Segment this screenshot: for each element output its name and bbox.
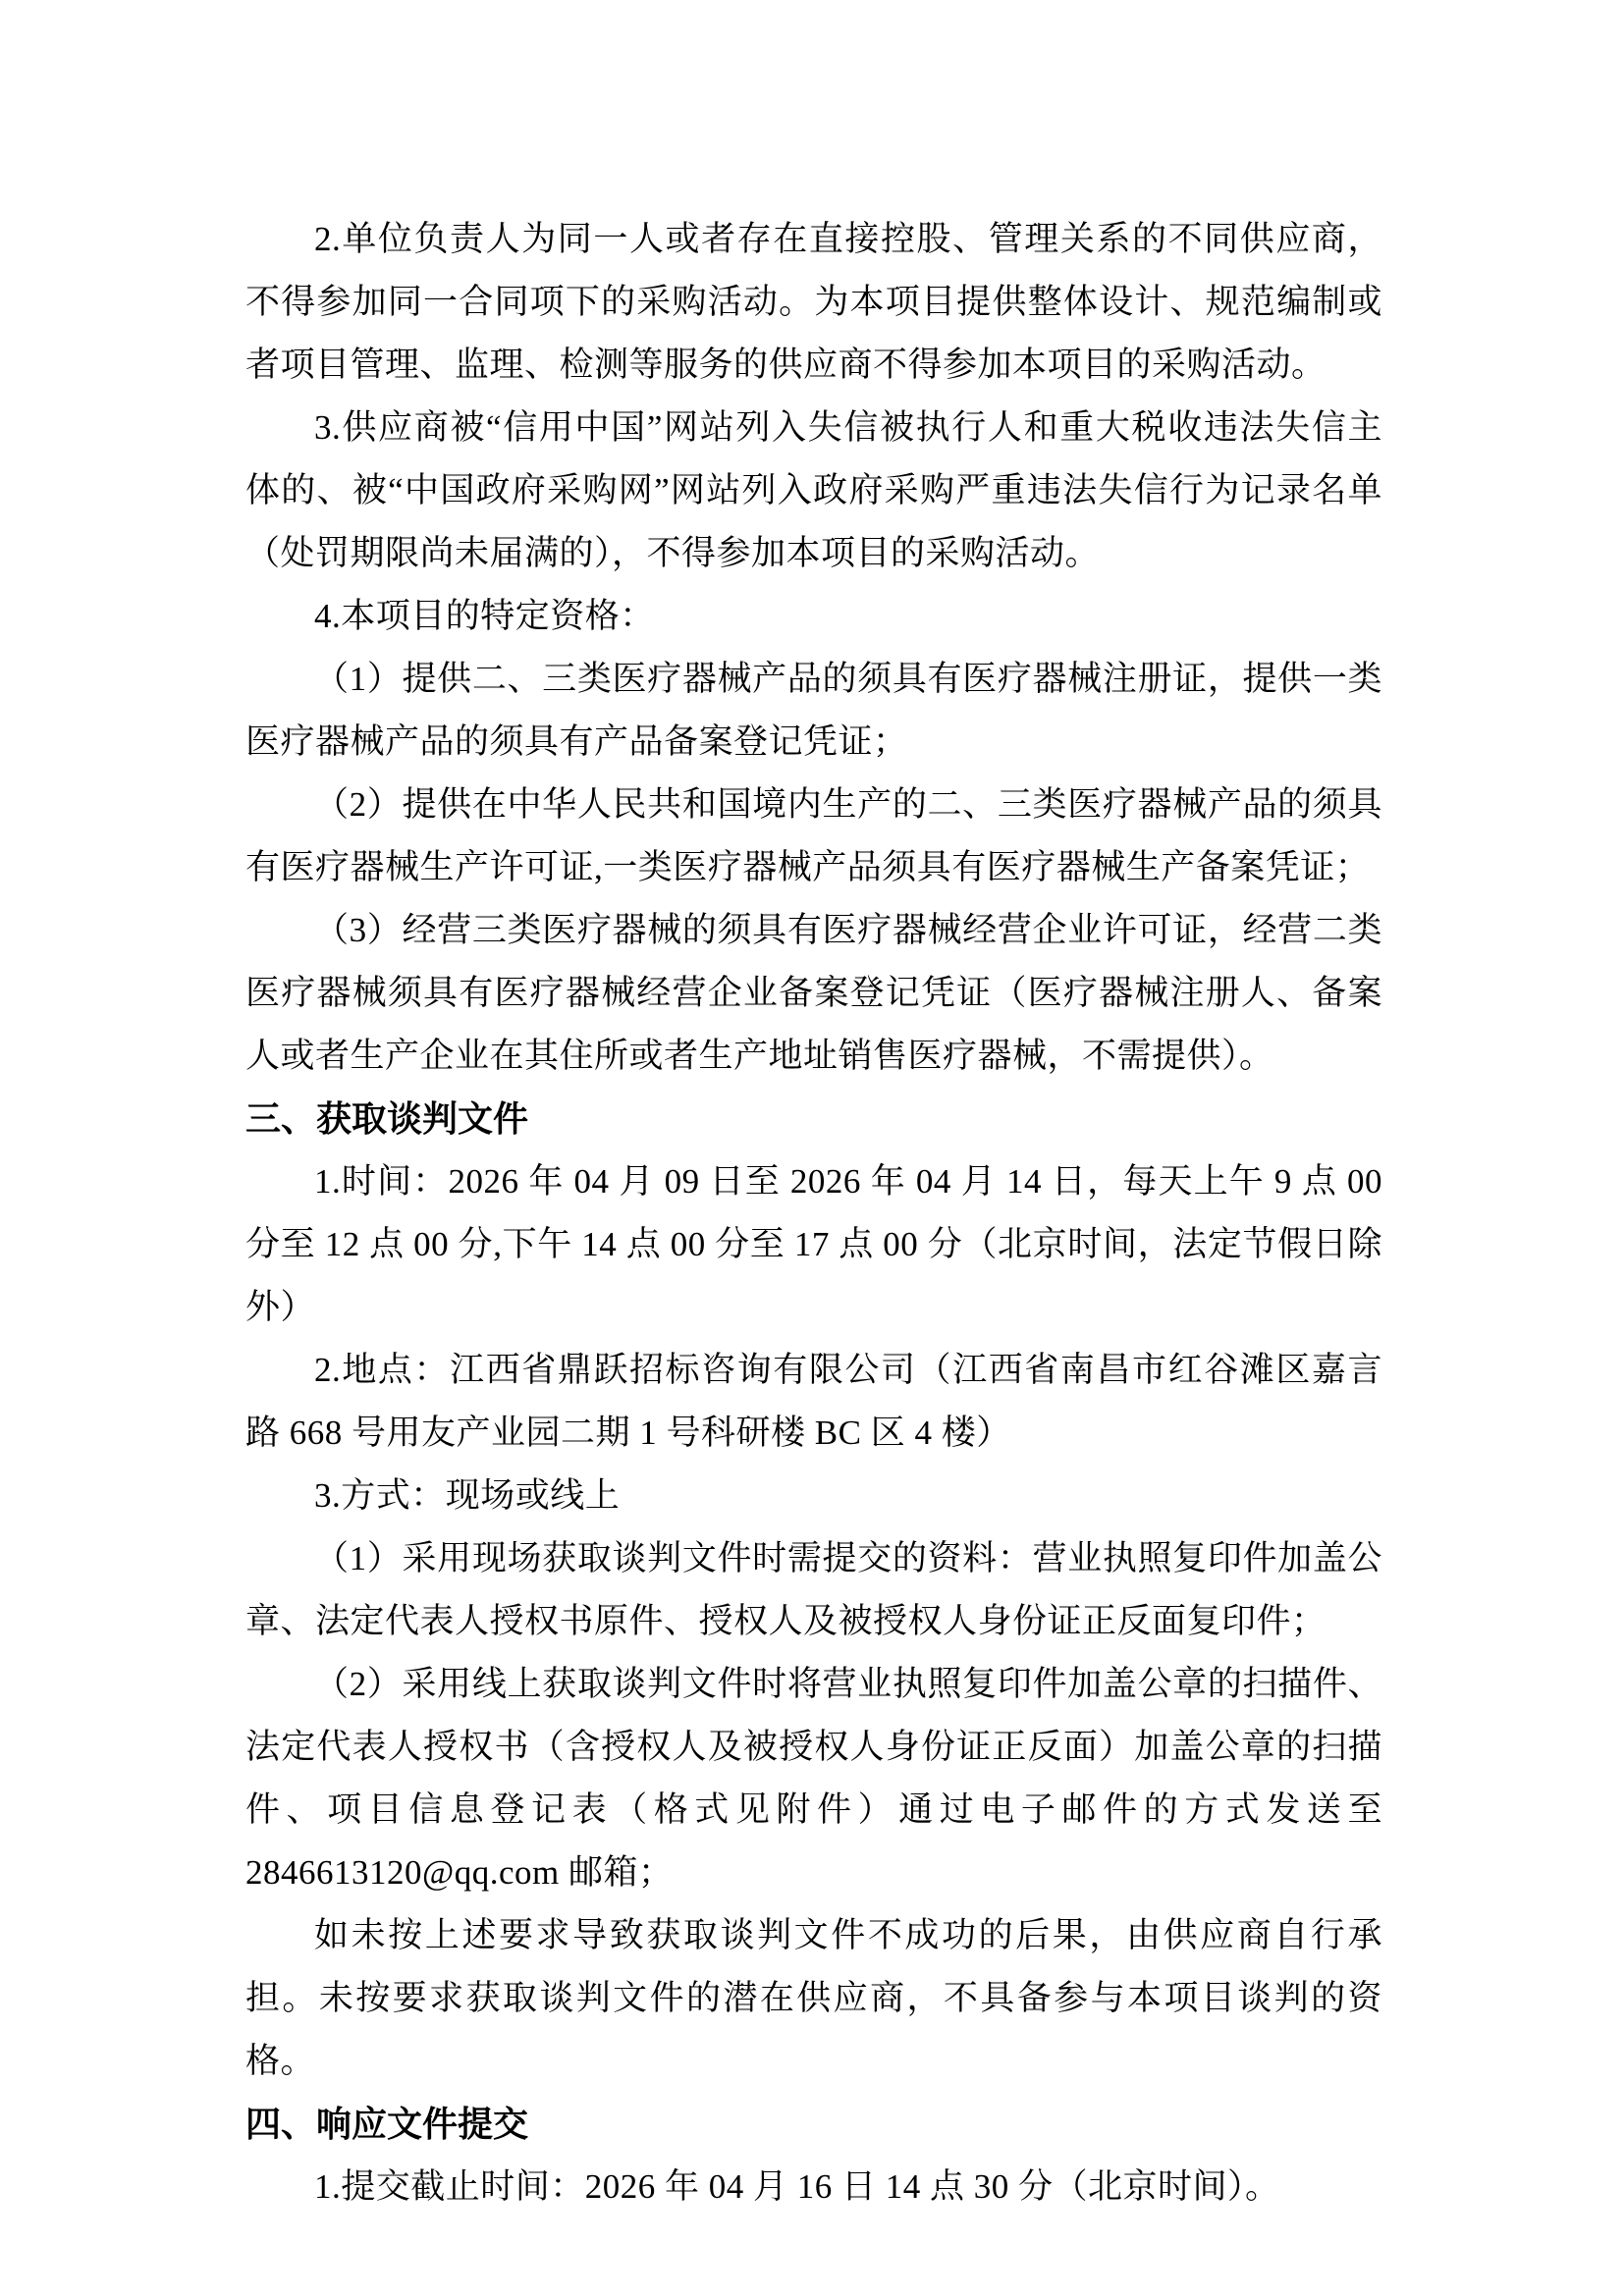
paragraph-submission-deadline: 1.提交截止时间：2026 年 04 月 16 日 14 点 30 分（北京时间… xyxy=(245,2156,1382,2218)
paragraph-qualification-1: （1）提供二、三类医疗器械产品的须具有医疗器械注册证，提供一类医疗器械产品的须具… xyxy=(245,648,1382,774)
heading-response-document-submission: 四、响应文件提交 xyxy=(245,2093,1382,2156)
paragraph-obtain-method: 3.方式：现场或线上 xyxy=(245,1465,1382,1527)
paragraph-obtain-location: 2.地点：江西省鼎跃招标咨询有限公司（江西省南昌市红谷滩区嘉言路 668 号用友… xyxy=(245,1339,1382,1465)
paragraph-onsite-materials: （1）采用现场获取谈判文件时需提交的资料：营业执照复印件加盖公章、法定代表人授权… xyxy=(245,1527,1382,1653)
paragraph-responsible-person: 2.单位负责人为同一人或者存在直接控股、管理关系的不同供应商，不得参加同一合同项… xyxy=(245,208,1382,397)
paragraph-failure-consequence: 如未按上述要求导致获取谈判文件不成功的后果，由供应商自行承担。未按要求获取谈判文… xyxy=(245,1904,1382,2093)
paragraph-credit-china-blacklist: 3.供应商被“信用中国”网站列入失信被执行人和重大税收违法失信主体的、被“中国政… xyxy=(245,397,1382,585)
paragraph-obtain-time: 1.时间：2026 年 04 月 09 日至 2026 年 04 月 14 日，… xyxy=(245,1150,1382,1339)
document-body: 2.单位负责人为同一人或者存在直接控股、管理关系的不同供应商，不得参加同一合同项… xyxy=(245,208,1382,2218)
paragraph-specific-qualification: 4.本项目的特定资格： xyxy=(245,585,1382,648)
paragraph-online-materials: （2）采用线上获取谈判文件时将营业执照复印件加盖公章的扫描件、法定代表人授权书（… xyxy=(245,1653,1382,1904)
document-page: 2.单位负责人为同一人或者存在直接控股、管理关系的不同供应商，不得参加同一合同项… xyxy=(0,0,1624,2296)
paragraph-qualification-3: （3）经营三类医疗器械的须具有医疗器械经营企业许可证，经营二类医疗器械须具有医疗… xyxy=(245,899,1382,1088)
paragraph-qualification-2: （2）提供在中华人民共和国境内生产的二、三类医疗器械产品的须具有医疗器械生产许可… xyxy=(245,774,1382,899)
heading-obtain-negotiation-documents: 三、获取谈判文件 xyxy=(245,1088,1382,1150)
